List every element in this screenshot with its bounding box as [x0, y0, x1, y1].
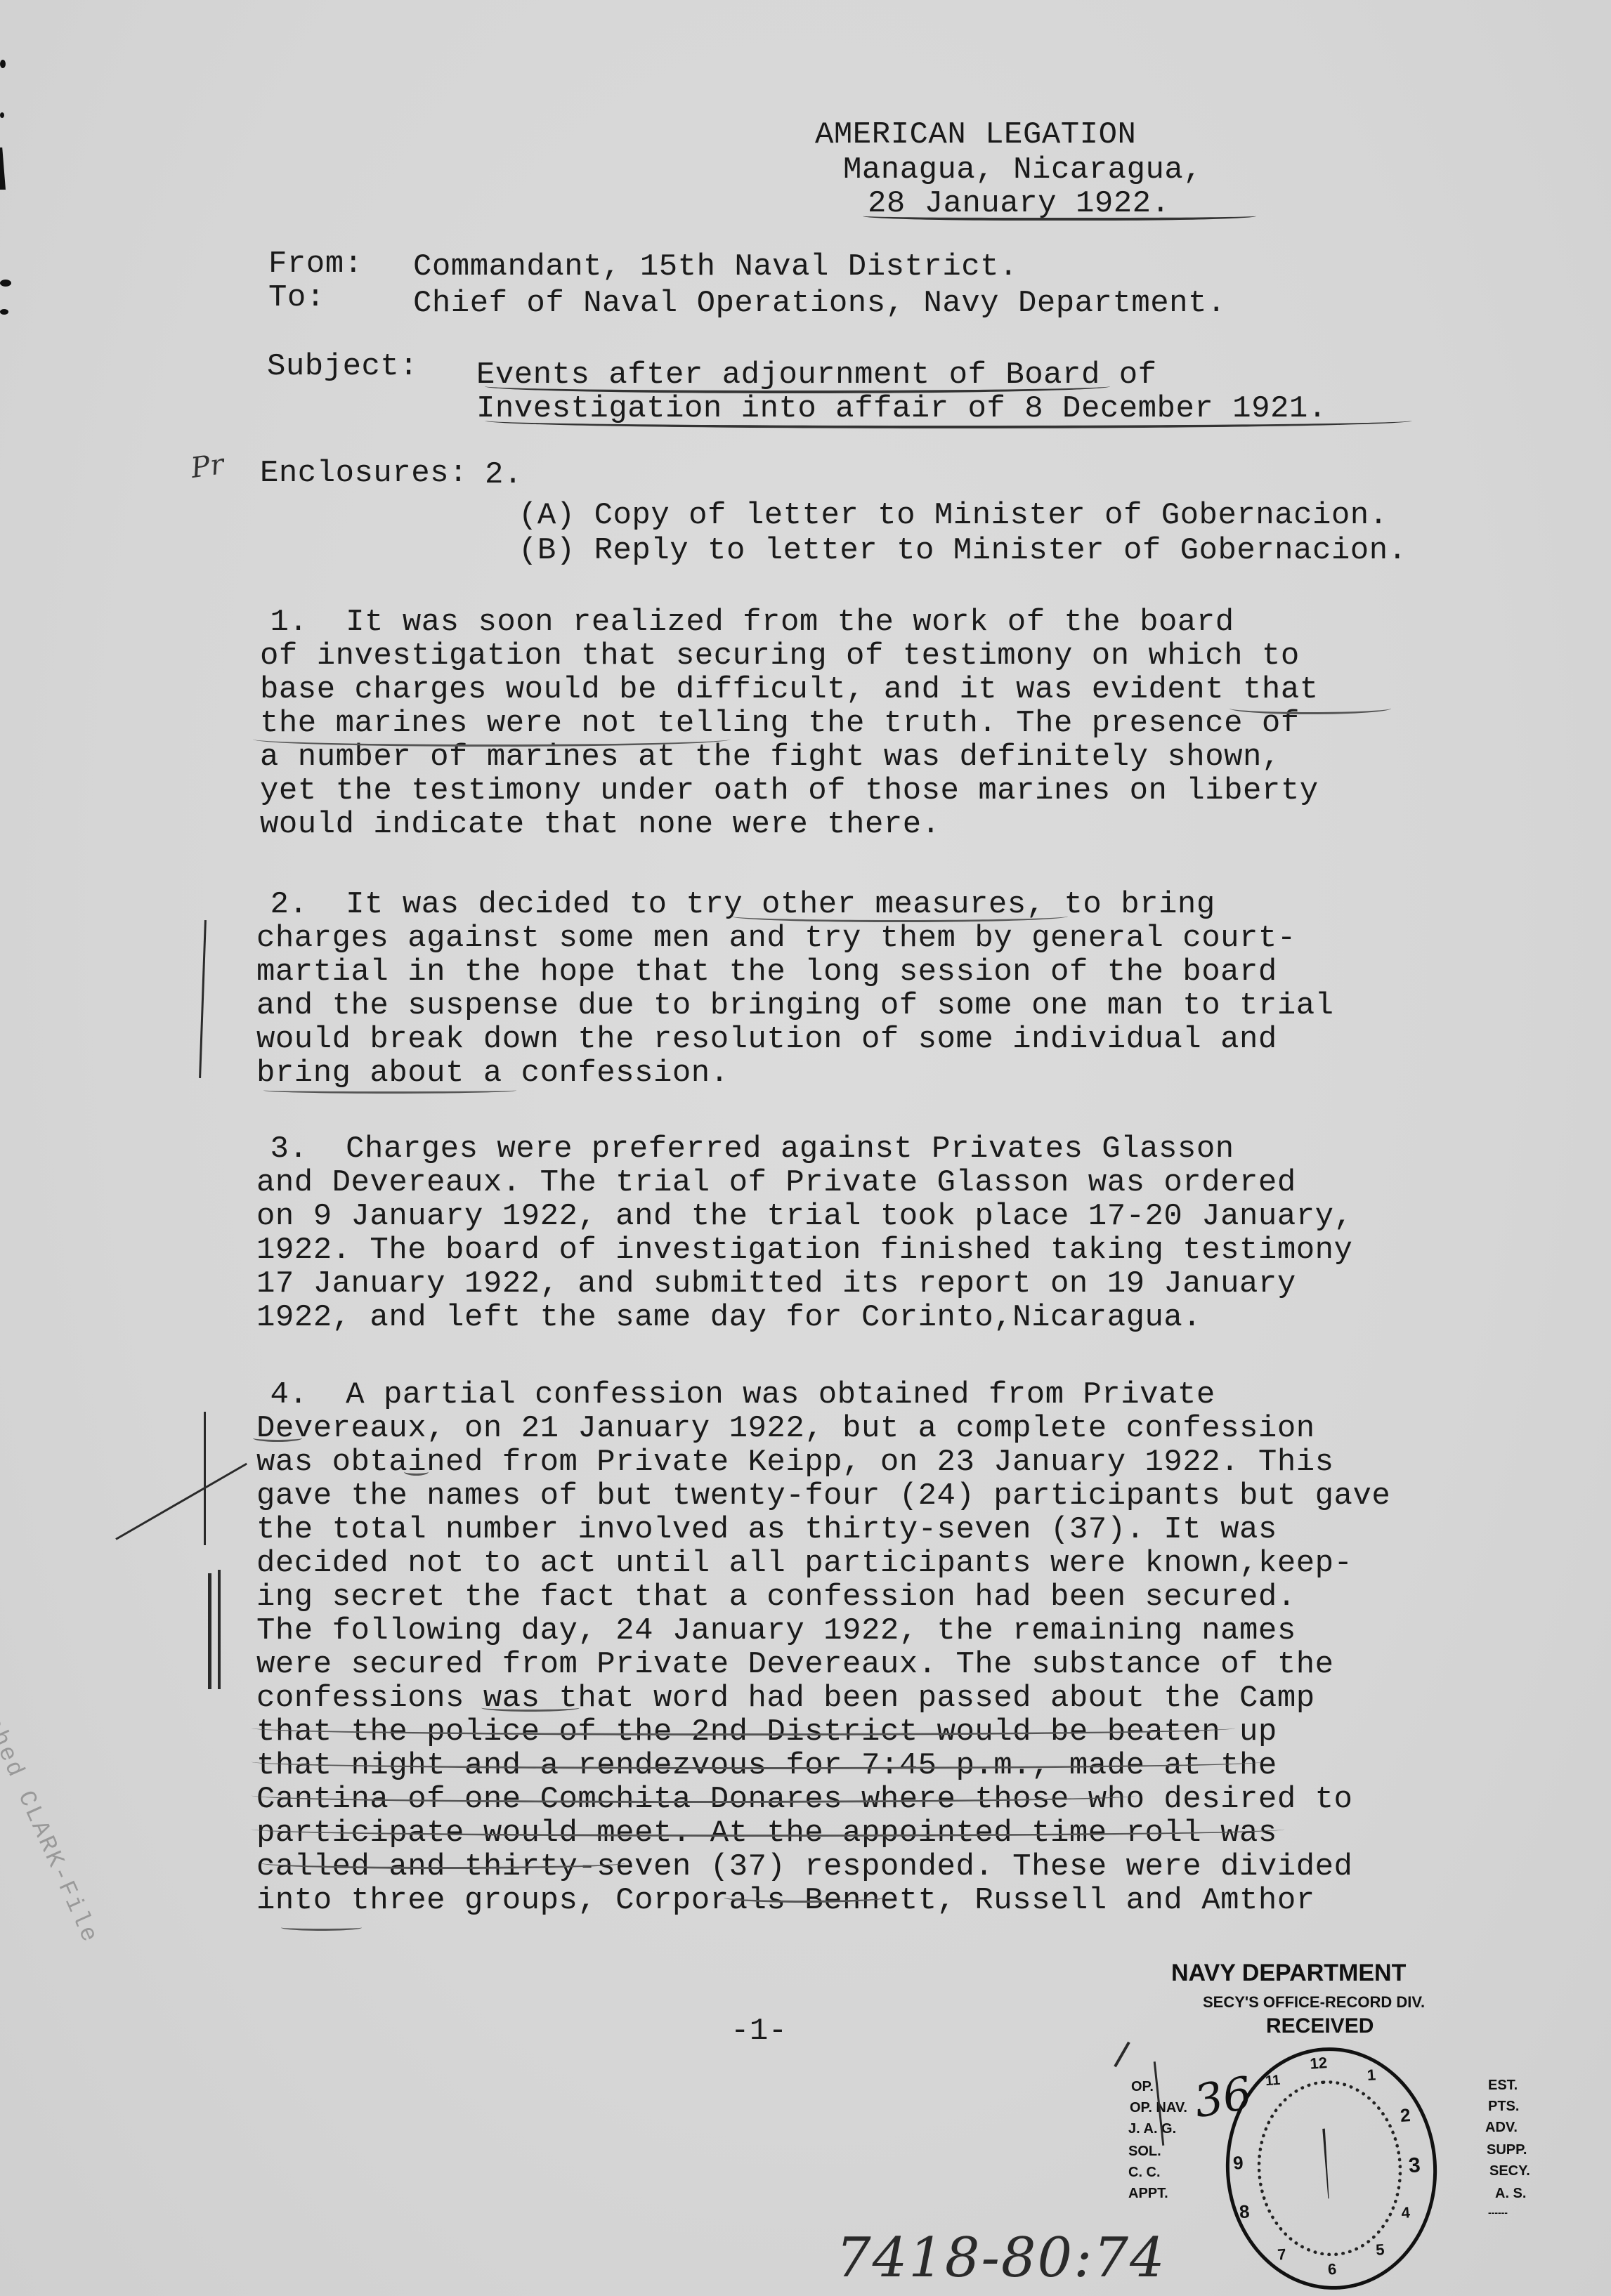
paragraph-line: on 9 January 1922, and the trial took pl…: [256, 1200, 1352, 1233]
emphasis-underline: [253, 1434, 302, 1442]
stamp-status: RECEIVED: [1266, 2014, 1374, 2038]
binding-mark: [0, 112, 4, 118]
clock-number: 7: [1277, 2245, 1286, 2264]
emphasis-underline: [481, 1704, 580, 1712]
file-number: 7418-80:74: [836, 2230, 1166, 2286]
paragraph-line: ing secret the fact that a confession ha…: [256, 1580, 1296, 1614]
subject-underline: [485, 379, 1110, 393]
routing-cc: C. C.: [1128, 2165, 1161, 2181]
clock-number: 4: [1401, 2203, 1411, 2222]
clock-number: 1: [1367, 2066, 1376, 2085]
binding-mark: [0, 309, 8, 315]
letterhead-location: Managua, Nicaragua,: [843, 153, 1202, 187]
margin-bracket: [208, 1573, 211, 1689]
routing-adv: ADV.: [1485, 2120, 1518, 2136]
emphasis-underline: [724, 1892, 885, 1903]
clock-number: 9: [1232, 2152, 1244, 2174]
emphasis-underline: [281, 1924, 362, 1931]
handwritten-routing-number: 36: [1190, 2067, 1255, 2128]
paragraph-line: the total number involved as thirty-seve…: [256, 1513, 1277, 1547]
to-value: Chief of Naval Operations, Navy Departme…: [413, 287, 1226, 320]
paragraph-line: martial in the hope that the long sessio…: [256, 955, 1277, 989]
paragraph-line: charges against some men and try them by…: [256, 921, 1296, 955]
emphasis-underline: [263, 1087, 516, 1094]
paragraph-line: The following day, 24 January 1922, the …: [256, 1614, 1296, 1648]
paragraph-line: 1922. The board of investigation finishe…: [256, 1233, 1352, 1267]
routing-supp: SUPP.: [1487, 2142, 1527, 2158]
clock-number: 6: [1327, 2260, 1337, 2279]
paragraph-line: 3. Charges were preferred against Privat…: [176, 1132, 1234, 1166]
routing-pts: PTS.: [1488, 2099, 1519, 2115]
routing-est: EST.: [1488, 2078, 1518, 2094]
paragraph-line: would break down the resolution of some …: [256, 1023, 1277, 1056]
binding-mark: [0, 60, 6, 68]
paragraph-line: decided not to act until all participant…: [256, 1547, 1352, 1580]
emphasis-underline: [1230, 702, 1391, 714]
stamp-subtitle: SECY'S OFFICE-RECORD DIV.: [1203, 1993, 1425, 2012]
to-label: To:: [268, 281, 325, 315]
routing-secy: SECY.: [1489, 2163, 1530, 2179]
from-label: From:: [268, 247, 363, 281]
paragraph-line: and the suspense due to bringing of some…: [256, 989, 1334, 1023]
routing-sol: SOL.: [1128, 2144, 1161, 2160]
paragraph-line: of investigation that securing of testim…: [260, 639, 1300, 673]
routing-op: OP.: [1131, 2079, 1154, 2095]
enclosures-count: 2.: [485, 458, 523, 492]
emphasis-underline: [252, 1721, 1235, 1736]
clock-number: 8: [1239, 2200, 1251, 2223]
margin-tick: [204, 1412, 206, 1545]
paragraph-line: confessions was that word had been passe…: [256, 1681, 1315, 1715]
paragraph-line: bring about a confession.: [256, 1056, 729, 1090]
paragraph-line: yet the testimony under oath of those ma…: [260, 774, 1319, 808]
clock-number: 12: [1310, 2054, 1328, 2073]
clock-number: 11: [1265, 2073, 1281, 2090]
emphasis-underline: [731, 910, 1068, 922]
paragraph-line: Devereaux, on 21 January 1922, but a com…: [256, 1412, 1315, 1445]
emphasis-underline: [252, 1788, 1137, 1803]
enclosure-b: (B) Reply to letter to Minister of Gober…: [518, 534, 1407, 568]
clock-number: 5: [1375, 2241, 1385, 2259]
from-value: Commandant, 15th Naval District.: [413, 250, 1018, 284]
paragraph-line: 17 January 1922, and submitted its repor…: [256, 1267, 1296, 1301]
date-underline: [863, 209, 1256, 221]
emphasis-underline: [253, 732, 731, 747]
paragraph-line: and Devereaux. The trial of Private Glas…: [256, 1166, 1296, 1200]
page-number: -1-: [731, 2014, 788, 2048]
emphasis-underline: [252, 1754, 1263, 1769]
paragraph-line: were secured from Private Devereaux. The…: [256, 1648, 1334, 1681]
paragraph-line: 1. It was soon realized from the work of…: [176, 605, 1234, 639]
routing-dash: ------: [1488, 2207, 1508, 2218]
enclosures-label: Enclosures:: [260, 457, 468, 490]
margin-bracket: [218, 1570, 221, 1689]
paragraph-line: base charges would be difficult, and it …: [260, 673, 1319, 707]
routing-appt: APPT.: [1128, 2186, 1168, 2202]
binding-mark: [0, 280, 11, 287]
subject-label: Subject:: [267, 350, 418, 383]
margin-initials: Pr: [189, 447, 226, 485]
emphasis-underline: [404, 1468, 429, 1476]
routing-as: A. S.: [1495, 2186, 1526, 2202]
paragraph-line: would indicate that none were there.: [260, 808, 941, 841]
paragraph-line: 1922, and left the same day for Corinto,…: [256, 1301, 1201, 1334]
clock-number: 3: [1408, 2153, 1421, 2178]
routing-jag: J. A. G.: [1128, 2121, 1176, 2137]
emphasis-underline: [252, 1822, 1284, 1837]
paragraph-line: gave the names of but twenty-four (24) p…: [256, 1479, 1390, 1513]
emphasis-underline: [260, 1857, 625, 1869]
stamp-title: NAVY DEPARTMENT: [1171, 1960, 1406, 1987]
subject-underline: [485, 413, 1412, 428]
paragraph-line: 4. A partial confession was obtained fro…: [176, 1378, 1215, 1412]
clock-number: 2: [1400, 2104, 1411, 2127]
letterhead-org: AMERICAN LEGATION: [815, 118, 1136, 152]
enclosure-a: (A) Copy of letter to Minister of Gobern…: [518, 499, 1388, 532]
